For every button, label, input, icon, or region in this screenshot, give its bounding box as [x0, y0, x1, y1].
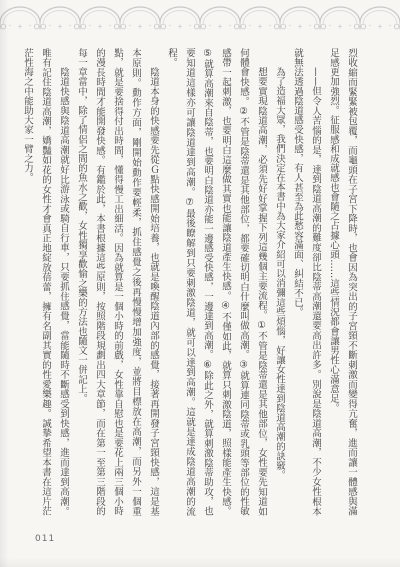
lace-scallop-icon: [0, 2, 400, 36]
lace-border-decoration: [0, 2, 400, 36]
page-bottom-shade: [0, 557, 400, 567]
paragraph-steps: 想要實現陰道高潮，必須先好好掌握下列這幾個主要流程。①不管是陰蒂還是其他部位，女…: [162, 48, 270, 516]
page-number: 011: [35, 534, 55, 544]
page-gutter-shadow: [0, 0, 9, 567]
paragraph-closing: 陰道快感與陰道高潮就好比游泳或騎自行車，只要抓住感覺，當能隨時不斷感受到快感，進…: [18, 48, 72, 516]
page-text-block: 烈收縮而緊緊被包覆，而龜頭在子宮下降時，也會因為突出的子宮頸不斷刺激而變得亢奮，…: [34, 48, 360, 516]
paragraph-continuation: 烈收縮而緊緊被包覆，而龜頭在子宮下降時，也會因為突出的子宮頸不斷刺激而變得亢奮，…: [324, 48, 360, 516]
paragraph-dash-lead: ——但令人苦惱的是，達到陰道高潮的難度卻比陰蒂高潮還要高出許多。別說是陰道高潮，…: [288, 48, 324, 516]
book-page: 烈收縮而緊緊被包覆，而龜頭在子宮下降時，也會因為突出的子宮頸不斷刺激而變得亢奮，…: [0, 0, 400, 567]
paragraph-purpose: 為了造福大眾，我們決定在本書中為大家介紹可以消彌這些煩惱，好讓女性達到陰道高潮的…: [270, 48, 288, 516]
paragraph-principles: 陰道本身的快感要先從Ｇ點快感開始培養，也就是喚醒陰道內部的感覺，接著再開發子宮頸…: [72, 48, 162, 516]
